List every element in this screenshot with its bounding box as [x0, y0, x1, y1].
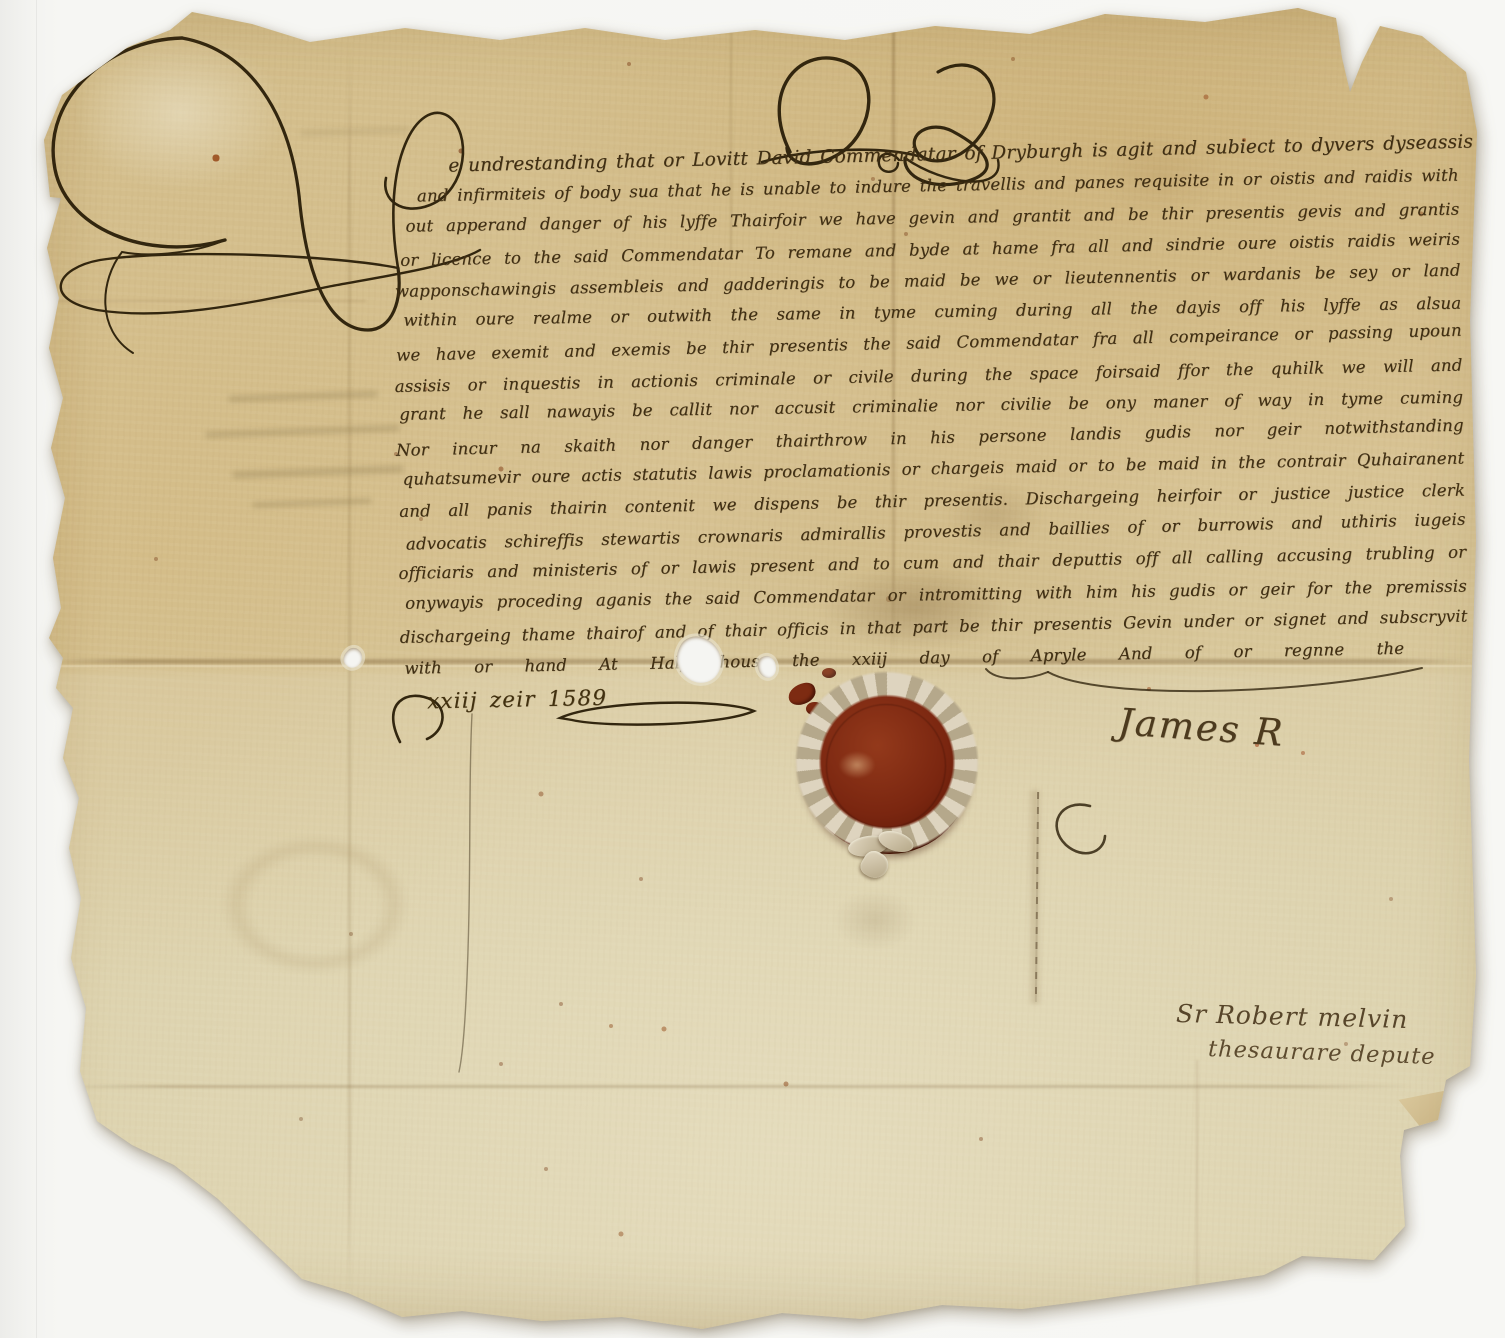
wax-drip — [822, 668, 836, 678]
foxing-spots — [0, 0, 2, 2]
torn-edge-highlight — [40, 8, 320, 218]
manuscript-text-block: e undrestanding that or Lovitt David Com… — [390, 129, 1469, 715]
paper-shadow-wrap: W e undrestanding that or Lovitt David C… — [0, 0, 1505, 1338]
verso-show-through — [252, 498, 372, 508]
wax-seal — [770, 640, 1000, 890]
scanned-manuscript-page: { "manuscript": { "initial": "W", "body_… — [0, 0, 1505, 1338]
manuscript-paper: W e undrestanding that or Lovitt David C… — [0, 0, 1505, 1338]
verso-show-through — [232, 465, 404, 479]
verso-show-through — [205, 425, 400, 439]
fold-crease-horizontal-faint — [46, 300, 366, 302]
verso-show-through — [228, 390, 378, 402]
counter-signature-name: Sr Robert melvin — [1176, 999, 1409, 1034]
scanner-background: W e undrestanding that or Lovitt David C… — [0, 0, 1505, 1338]
